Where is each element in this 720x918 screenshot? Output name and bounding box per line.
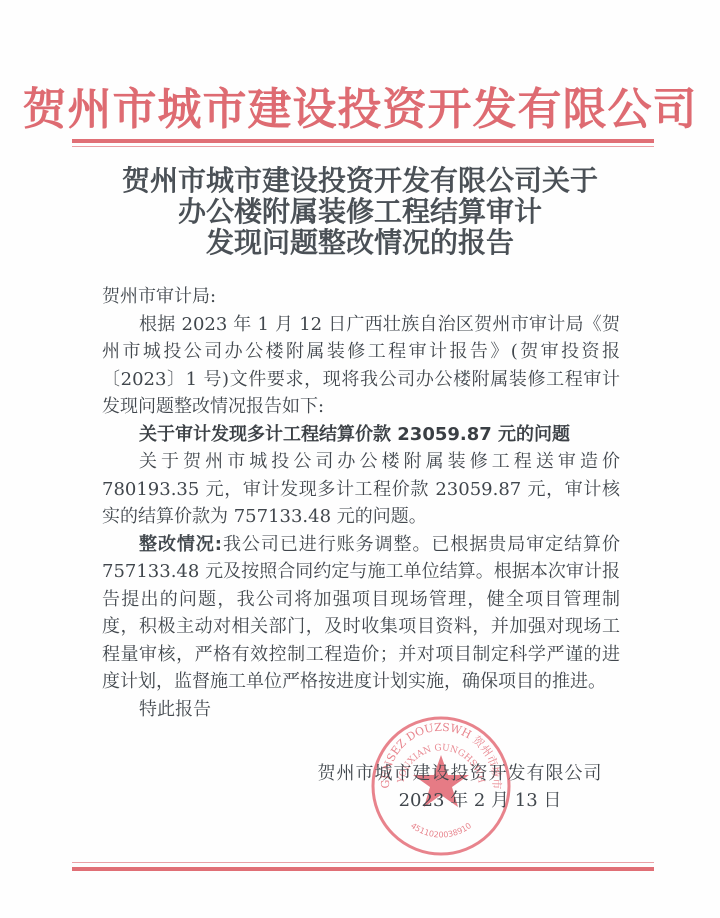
- title-line-3: 发现问题整改情况的报告: [0, 227, 720, 258]
- rectification-label: 整改情况:: [139, 534, 222, 555]
- title-line-1: 贺州市城市建设投资开发有限公司关于: [0, 165, 720, 196]
- footer-rule-thick: [72, 867, 654, 871]
- letterhead-rule-thick: [72, 139, 654, 143]
- signature-organization: 贺州市城市建设投资开发有限公司: [300, 760, 620, 787]
- section-heading: 关于审计发现多计工程结算价款 23059.87 元的问题: [102, 421, 620, 449]
- footer-rule-thin: [72, 862, 654, 863]
- rectification-paragraph: 整改情况:我公司已进行账务调整。已根据贵局审定结算价 757133.48 元及按…: [102, 531, 620, 696]
- letterhead-company-name: 贺州市城市建设投资开发有限公司: [0, 84, 720, 136]
- signature-block: 贺州市城市建设投资开发有限公司 2023 年 2 月 13 日: [300, 760, 620, 814]
- letterhead-rule-thin: [72, 146, 654, 147]
- signature-date: 2023 年 2 月 13 日: [300, 787, 620, 814]
- title-line-2: 办公楼附属装修工程结算审计: [0, 196, 720, 227]
- closing-line: 特此报告: [102, 696, 620, 724]
- document-body: 贺州市审计局: 根据 2023 年 1 月 12 日广西壮族自治区贺州市审计局《…: [102, 283, 620, 723]
- finding-paragraph: 关于贺州市城投公司办公楼附属装修工程送审造价 780193.35 元，审计发现多…: [102, 448, 620, 531]
- svg-text:4511020038910: 4511020038910: [409, 821, 473, 839]
- addressee: 贺州市审计局:: [102, 283, 620, 311]
- document-title: 贺州市城市建设投资开发有限公司关于 办公楼附属装修工程结算审计 发现问题整改情况…: [0, 165, 720, 258]
- rectification-text: 我公司已进行账务调整。已根据贵局审定结算价 757133.48 元及按照合同约定…: [102, 534, 620, 693]
- intro-paragraph: 根据 2023 年 1 月 12 日广西壮族自治区贺州市审计局《贺州市城投公司办…: [102, 311, 620, 421]
